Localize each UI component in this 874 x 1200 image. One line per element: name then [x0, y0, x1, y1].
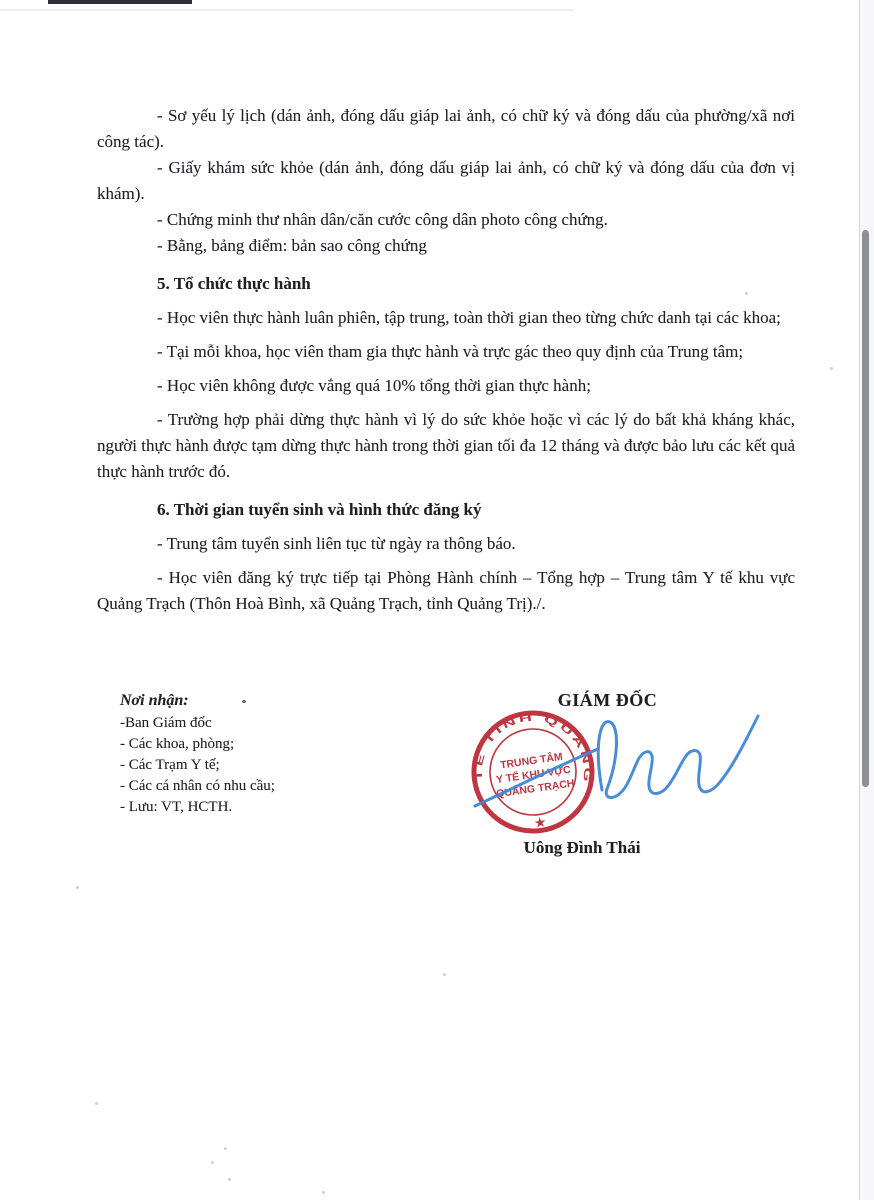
dossier-item: - Sơ yếu lý lịch (dán ảnh, đóng dấu giáp… — [97, 103, 795, 155]
recipients-block: Nơi nhận: -Ban Giám đốc - Các khoa, phòn… — [120, 691, 275, 818]
scan-edge-mark — [48, 0, 192, 4]
dossier-item: - Giấy khám sức khỏe (dán ảnh, đóng dấu … — [97, 155, 795, 207]
signature-stroke — [475, 716, 758, 806]
section-5-paragraph: - Trường hợp phải dừng thực hành vì lý d… — [97, 407, 795, 485]
section-6-paragraph: - Học viên đăng ký trực tiếp tại Phòng H… — [97, 565, 795, 617]
scan-speck — [745, 292, 748, 295]
document-page: - Sơ yếu lý lịch (dán ảnh, đóng dấu giáp… — [0, 0, 860, 1200]
recipients-label: Nơi nhận: — [120, 691, 275, 711]
section-5-heading: 5. Tổ chức thực hành — [97, 271, 795, 297]
dossier-item: - Chứng minh thư nhân dân/căn cước công … — [97, 207, 795, 233]
section-5-paragraph: - Học viên không được vắng quá 10% tổng … — [97, 373, 795, 399]
scrollbar-thumb[interactable] — [862, 230, 869, 787]
recipient-item: - Các khoa, phòng; — [120, 734, 275, 755]
section-5-paragraph: - Tại mỗi khoa, học viên tham gia thực h… — [97, 339, 795, 365]
scan-speck — [443, 973, 446, 976]
scan-speck — [224, 1147, 227, 1150]
director-signature-ink — [460, 700, 770, 820]
signer-name: Uông Đình Thái — [482, 838, 682, 858]
recipient-item: - Các Trạm Y tế; — [120, 755, 275, 776]
scrollbar-track[interactable] — [860, 0, 874, 1200]
scan-speck — [830, 367, 833, 370]
scan-speck — [228, 1178, 231, 1181]
scan-speck — [95, 1102, 98, 1105]
scan-speck — [76, 886, 79, 889]
section-6-paragraph: - Trung tâm tuyển sinh liên tục từ ngày … — [97, 531, 795, 557]
recipient-item: - Lưu: VT, HCTH. — [120, 797, 275, 818]
document-body: - Sơ yếu lý lịch (dán ảnh, đóng dấu giáp… — [97, 103, 795, 617]
page-top-shadow — [0, 9, 575, 11]
scan-speck — [242, 700, 246, 703]
scan-speck — [211, 1161, 214, 1164]
dossier-item: - Bằng, bảng điểm: bản sao công chứng — [97, 233, 795, 259]
scan-speck — [322, 1191, 325, 1194]
recipient-item: - Các cá nhân có nhu cầu; — [120, 776, 275, 797]
section-6-heading: 6. Thời gian tuyển sinh và hình thức đăn… — [97, 497, 795, 523]
recipient-item: -Ban Giám đốc — [120, 713, 275, 734]
section-5-paragraph: - Học viên thực hành luân phiên, tập tru… — [97, 305, 795, 331]
